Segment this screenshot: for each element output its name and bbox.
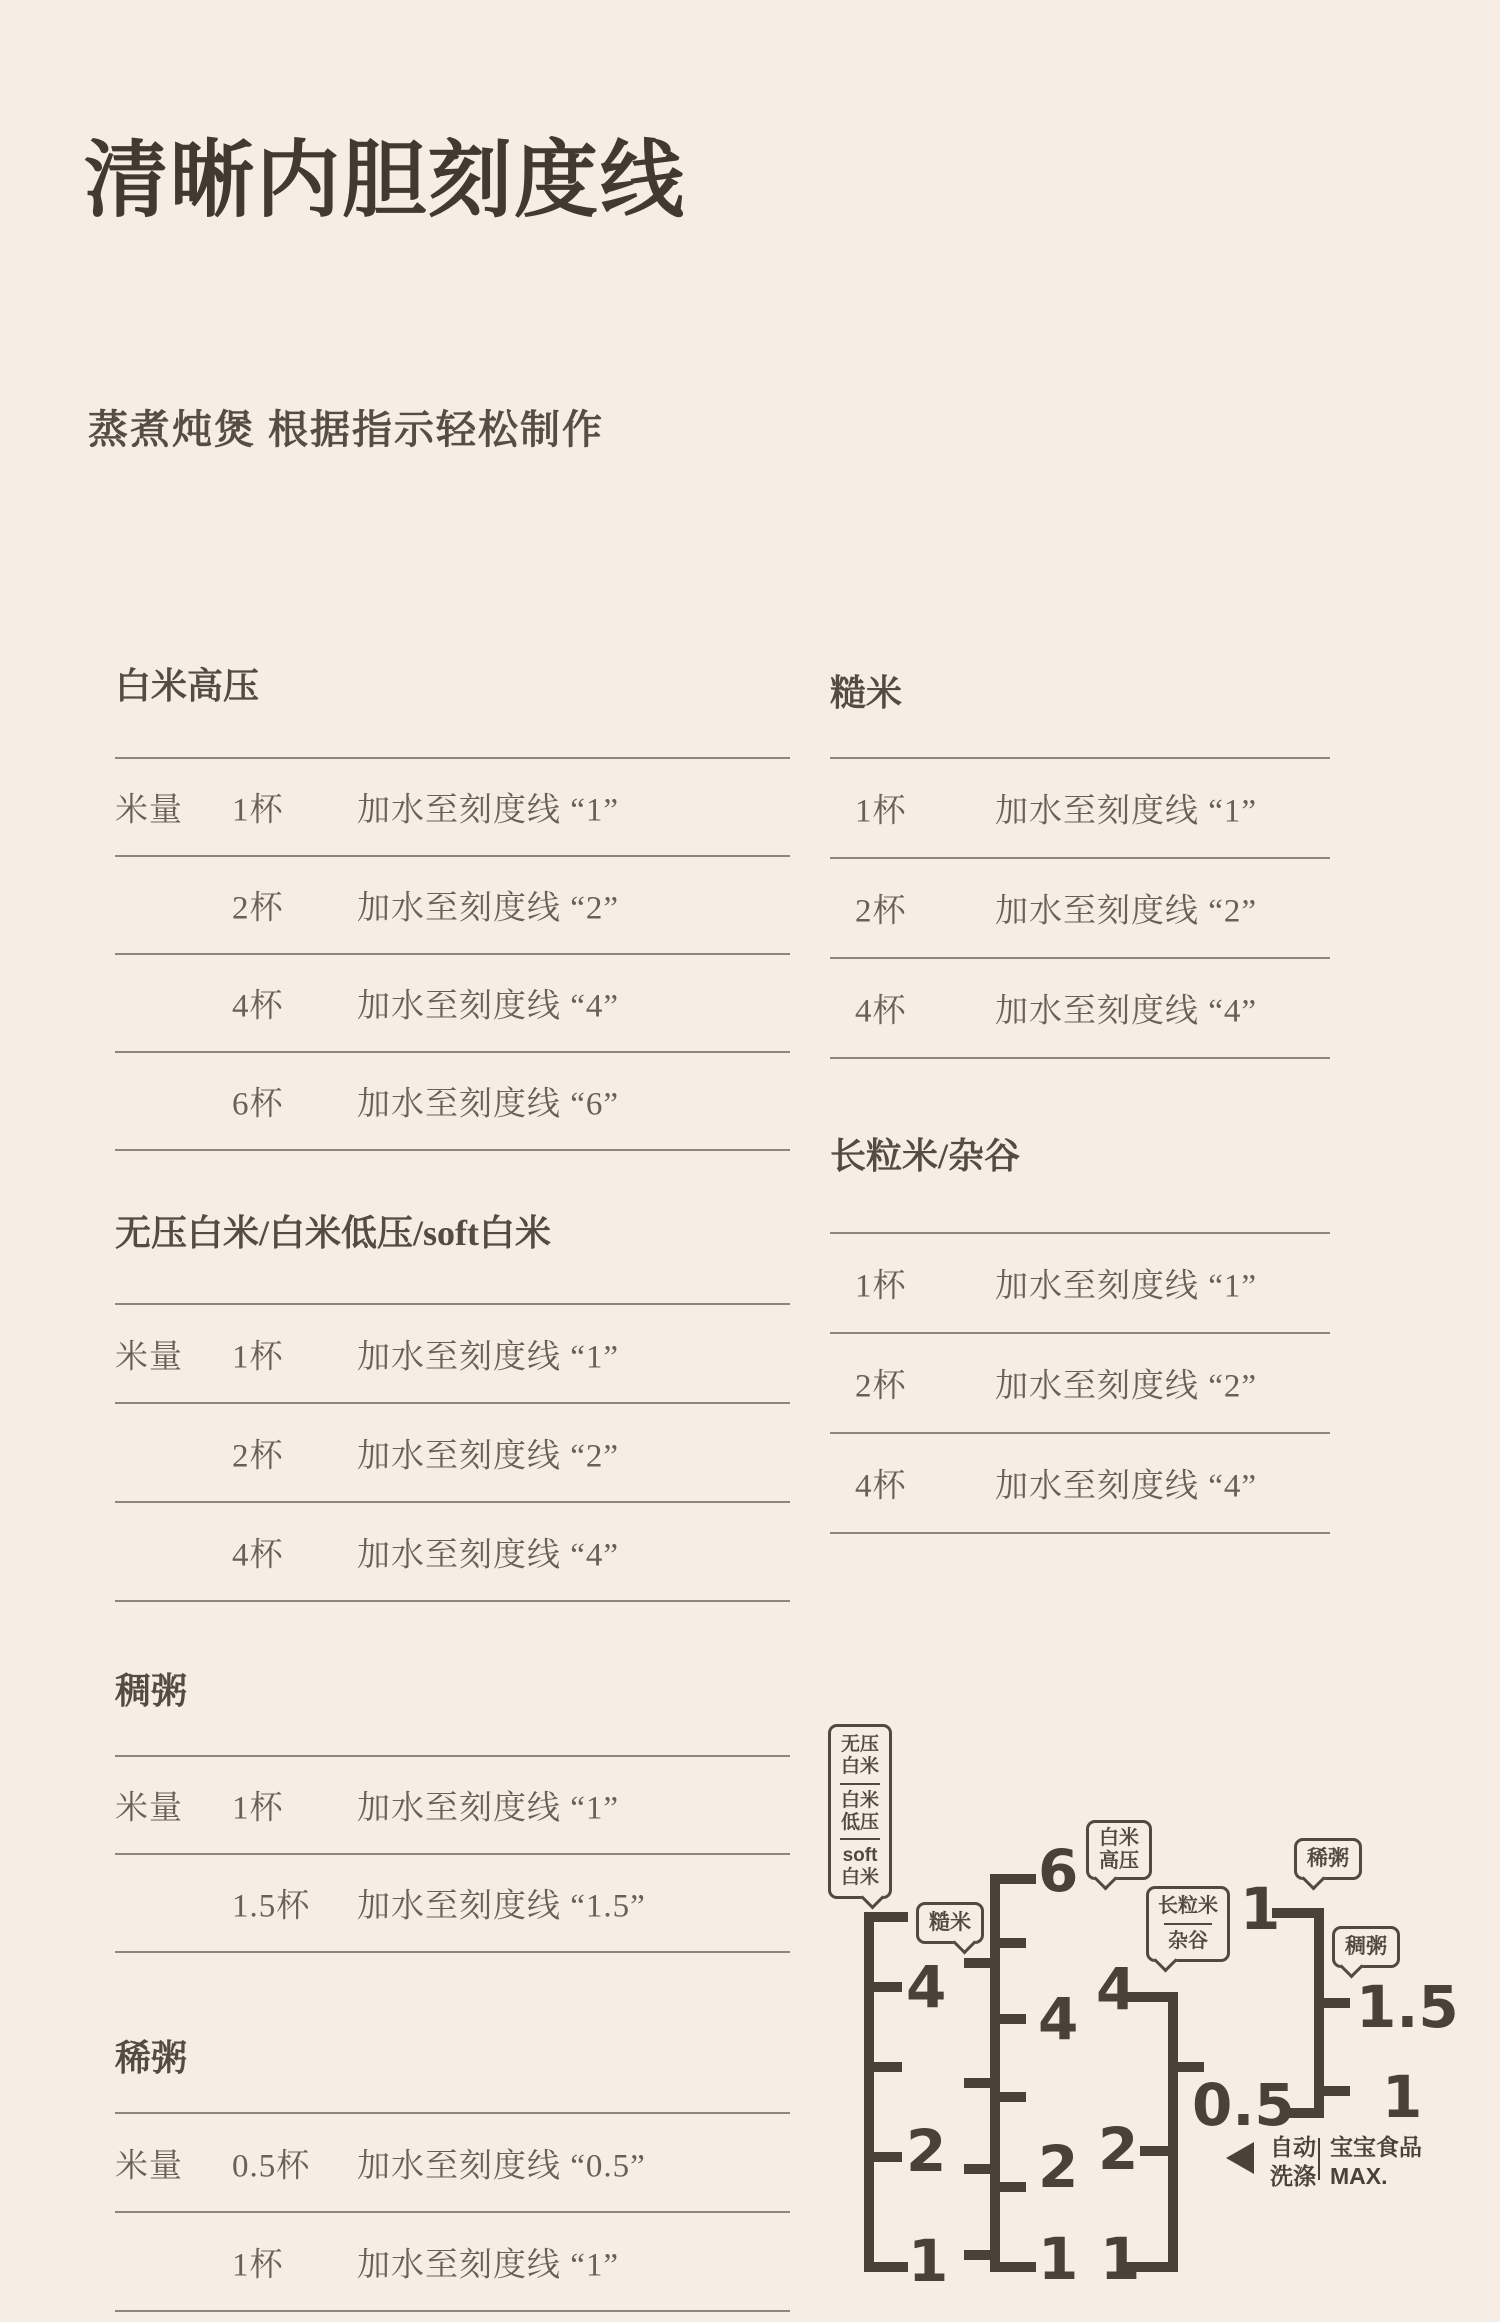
cups-value: 1杯 — [855, 785, 907, 832]
cups-value: 6杯 — [232, 1078, 284, 1125]
scale-cap — [864, 1912, 908, 1922]
scale-line — [990, 1874, 1000, 2272]
bubble-line: 无压 — [835, 1734, 885, 1756]
water-instruction: 加水至刻度线 “4” — [357, 980, 619, 1027]
bubble-divider — [840, 1838, 880, 1840]
water-instruction: 加水至刻度线 “1” — [357, 2238, 619, 2285]
scale-number: 4 — [1096, 1960, 1136, 2018]
scale-tick — [874, 1982, 902, 1992]
scale-cap — [990, 1874, 1036, 1884]
legend-baby-food-line1: 宝宝食品 — [1330, 2133, 1422, 2162]
table-row: 1杯 加水至刻度线 “1” — [115, 2211, 790, 2312]
bubble-long-grain-rice: 长粒米 杂谷 — [1146, 1886, 1230, 1962]
table-row: 米量 1杯 加水至刻度线 “1” — [115, 757, 790, 855]
bubble-line: 稠粥 — [1345, 1935, 1387, 1959]
bubble-line: 长粒米 — [1158, 1895, 1218, 1918]
bubble-line: 白米 — [835, 1756, 885, 1778]
product-detail-page: 清晰内胆刻度线 蒸煮炖煲 根据指示轻松制作 白米高压 米量 1杯 加水至刻度线 … — [0, 0, 1500, 2322]
scale-tick — [1000, 2092, 1026, 2102]
scale-number: 1 — [1240, 1880, 1280, 1938]
legend-auto-wash-line2: 洗涤 — [1270, 2162, 1316, 2191]
triangle-left-icon — [1226, 2142, 1254, 2174]
bubble-line: 白米 — [835, 1790, 885, 1812]
table-thin-porridge: 稀粥 米量 0.5杯 加水至刻度线 “0.5” 1杯 加水至刻度线 “1” — [115, 2036, 790, 2312]
scale-line — [1168, 1992, 1178, 2272]
cups-value: 1杯 — [232, 1782, 284, 1829]
scale-tick — [1000, 2182, 1026, 2192]
bubble-divider — [1164, 1923, 1212, 1925]
page-title: 清晰内胆刻度线 — [84, 136, 686, 228]
scale-number: 4 — [1038, 1990, 1078, 2048]
bubble-line: 白米 — [835, 1867, 885, 1889]
scale-tick — [964, 2250, 990, 2260]
scale-tick — [1140, 2146, 1168, 2156]
scale-number: 1 — [1382, 2068, 1422, 2126]
table-row: 4杯 加水至刻度线 “4” — [115, 953, 790, 1051]
cups-value: 4杯 — [855, 985, 907, 1032]
table-row: 6杯 加水至刻度线 “6” — [115, 1051, 790, 1151]
table-row: 米量 1杯 加水至刻度线 “1” — [115, 1755, 790, 1853]
table-row: 1.5杯 加水至刻度线 “1.5” — [115, 1853, 790, 1953]
bubble-line: 白米 — [1099, 1827, 1139, 1850]
scale-tick — [1324, 1998, 1350, 2008]
scale-tick — [964, 2164, 990, 2174]
cups-value: 2杯 — [855, 885, 907, 932]
cups-value: 2杯 — [232, 1429, 284, 1476]
bubble-divider — [840, 1783, 880, 1785]
water-instruction: 加水至刻度线 “1” — [357, 1782, 619, 1829]
row-label: 米量 — [115, 1782, 183, 1829]
table-rows: 1杯 加水至刻度线 “1” 2杯 加水至刻度线 “2” 4杯 加水至刻度线 “4… — [830, 757, 1330, 1059]
scale-number: 2 — [1098, 2120, 1138, 2178]
water-instruction: 加水至刻度线 “4” — [995, 985, 1257, 1032]
table-rows: 米量 1杯 加水至刻度线 “1” 2杯 加水至刻度线 “2” 4杯 加水至刻度线… — [115, 757, 790, 1151]
water-instruction: 加水至刻度线 “0.5” — [357, 2139, 646, 2186]
scale-number: 1 — [1038, 2230, 1078, 2288]
table-row: 1杯 加水至刻度线 “1” — [830, 757, 1330, 857]
scale-number: 2 — [1038, 2138, 1078, 2196]
table-row: 4杯 加水至刻度线 “4” — [115, 1501, 790, 1602]
cups-value: 2杯 — [855, 1360, 907, 1407]
table-row: 2杯 加水至刻度线 “2” — [115, 1402, 790, 1501]
bubble-line: soft — [835, 1845, 885, 1867]
table-no-pressure-white-rice: 无压白米/白米低压/soft白米 米量 1杯 加水至刻度线 “1” 2杯 加水至… — [115, 1211, 790, 1602]
water-instruction: 加水至刻度线 “2” — [995, 1360, 1257, 1407]
table-title: 长粒米/杂谷 — [830, 1134, 1330, 1178]
scale-line — [1314, 1908, 1324, 2118]
table-row: 2杯 加水至刻度线 “2” — [115, 855, 790, 953]
cups-value: 4杯 — [232, 980, 284, 1027]
row-label: 米量 — [115, 784, 183, 831]
scale-cap — [864, 2262, 908, 2272]
scale-number: 6 — [1038, 1842, 1078, 1900]
cups-value: 0.5杯 — [232, 2139, 310, 2186]
cups-value: 4杯 — [855, 1460, 907, 1507]
page-subtitle: 蒸煮炖煲 根据指示轻松制作 — [88, 398, 604, 455]
bubble-line: 低压 — [835, 1812, 885, 1834]
scale-tick — [1324, 2086, 1350, 2096]
scale-number: 2 — [906, 2122, 946, 2180]
row-label: 米量 — [115, 2139, 183, 2186]
table-rows: 米量 1杯 加水至刻度线 “1” 2杯 加水至刻度线 “2” 4杯 加水至刻度线… — [115, 1303, 790, 1602]
scale-number: 1 — [1100, 2230, 1140, 2288]
bubble-thin-porridge: 稀粥 — [1294, 1838, 1362, 1880]
water-instruction: 加水至刻度线 “1” — [995, 785, 1257, 832]
scale-cap — [990, 2262, 1036, 2272]
bubble-line: 高压 — [1099, 1850, 1139, 1873]
bubble-thick-porridge: 稠粥 — [1332, 1926, 1400, 1968]
table-brown-rice: 糙米 1杯 加水至刻度线 “1” 2杯 加水至刻度线 “2” 4杯 加水至刻度线… — [830, 671, 1330, 1059]
water-instruction: 加水至刻度线 “1” — [357, 784, 619, 831]
table-row: 2杯 加水至刻度线 “2” — [830, 857, 1330, 957]
legend-auto-wash-line1: 自动 — [1270, 2133, 1316, 2162]
bubble-line: 稀粥 — [1307, 1847, 1349, 1871]
table-row: 米量 1杯 加水至刻度线 “1” — [115, 1303, 790, 1402]
table-long-grain-rice: 长粒米/杂谷 1杯 加水至刻度线 “1” 2杯 加水至刻度线 “2” 4杯 加水… — [830, 1134, 1330, 1534]
scale-tick — [964, 1958, 990, 1968]
cups-value: 1杯 — [232, 2238, 284, 2285]
scale-tick — [874, 2062, 902, 2072]
table-row: 4杯 加水至刻度线 “4” — [830, 1432, 1330, 1534]
table-title: 无压白米/白米低压/soft白米 — [115, 1211, 790, 1255]
water-instruction: 加水至刻度线 “1.5” — [357, 1880, 646, 1927]
bubble-line: 杂谷 — [1158, 1930, 1218, 1953]
scale-tick — [964, 2078, 990, 2088]
scale-tick — [874, 2152, 902, 2162]
table-rows: 米量 0.5杯 加水至刻度线 “0.5” 1杯 加水至刻度线 “1” — [115, 2112, 790, 2312]
scale-line — [864, 1912, 874, 2272]
cups-value: 4杯 — [232, 1528, 284, 1575]
water-instruction: 加水至刻度线 “2” — [357, 1429, 619, 1476]
water-instruction: 加水至刻度线 “1” — [995, 1260, 1257, 1307]
legend-baby-food-line2: MAX. — [1330, 2162, 1422, 2191]
table-row: 2杯 加水至刻度线 “2” — [830, 1332, 1330, 1432]
water-instruction: 加水至刻度线 “6” — [357, 1078, 619, 1125]
scale-number: 4 — [906, 1958, 946, 2016]
scale-number: 0.5 — [1192, 2076, 1295, 2134]
table-title: 稠粥 — [115, 1669, 790, 1713]
table-row: 米量 0.5杯 加水至刻度线 “0.5” — [115, 2112, 790, 2211]
scale-number: 1.5 — [1356, 1978, 1459, 2036]
legend-divider — [1318, 2138, 1320, 2180]
cups-value: 1杯 — [232, 1330, 284, 1377]
water-instruction: 加水至刻度线 “4” — [995, 1460, 1257, 1507]
table-title: 糙米 — [830, 671, 1330, 715]
bubble-no-pressure-white-rice: 无压 白米 白米 低压 soft 白米 — [828, 1724, 892, 1899]
table-row: 4杯 加水至刻度线 “4” — [830, 957, 1330, 1059]
water-instruction: 加水至刻度线 “1” — [357, 1330, 619, 1377]
scale-number: 1 — [908, 2232, 948, 2290]
table-rows: 米量 1杯 加水至刻度线 “1” 1.5杯 加水至刻度线 “1.5” — [115, 1755, 790, 1953]
table-rows: 1杯 加水至刻度线 “1” 2杯 加水至刻度线 “2” 4杯 加水至刻度线 “4… — [830, 1232, 1330, 1534]
cups-value: 1.5杯 — [232, 1880, 310, 1927]
bubble-brown-rice: 糙米 — [916, 1902, 984, 1944]
table-title: 白米高压 — [115, 664, 790, 708]
row-label: 米量 — [115, 1330, 183, 1377]
cups-value: 1杯 — [855, 1260, 907, 1307]
water-instruction: 加水至刻度线 “4” — [357, 1528, 619, 1575]
bubble-line: 糙米 — [929, 1911, 971, 1935]
bubble-white-rice-high-pressure: 白米 高压 — [1086, 1820, 1152, 1880]
scale-tick — [1000, 2014, 1026, 2024]
water-instruction: 加水至刻度线 “2” — [995, 885, 1257, 932]
table-row: 1杯 加水至刻度线 “1” — [830, 1232, 1330, 1332]
table-white-rice-high-pressure: 白米高压 米量 1杯 加水至刻度线 “1” 2杯 加水至刻度线 “2” 4杯 加… — [115, 664, 790, 1151]
water-instruction: 加水至刻度线 “2” — [357, 882, 619, 929]
table-title: 稀粥 — [115, 2036, 790, 2080]
cups-value: 1杯 — [232, 784, 284, 831]
scale-tick — [1000, 1938, 1026, 1948]
table-thick-porridge: 稠粥 米量 1杯 加水至刻度线 “1” 1.5杯 加水至刻度线 “1.5” — [115, 1669, 790, 1953]
cups-value: 2杯 — [232, 882, 284, 929]
